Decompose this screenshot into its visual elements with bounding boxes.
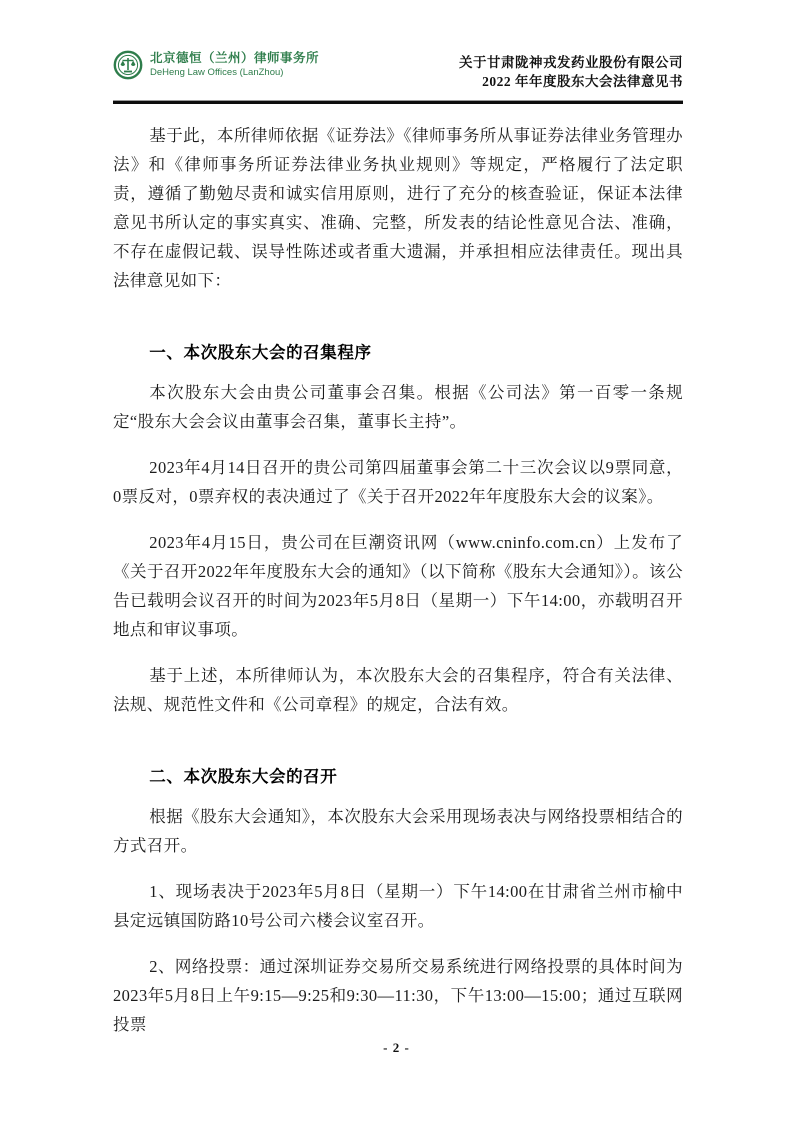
doc-title-line2: 2022 年年度股东大会法律意见书 bbox=[459, 72, 683, 91]
section2-paragraph-3: 2、网络投票：通过深圳证券交易所交易系统进行网络投票的具体时间为2023年5月8… bbox=[113, 952, 683, 1039]
section1-paragraph-4: 基于上述，本所律师认为，本次股东大会的召集程序，符合有关法律、法规、规范性文件和… bbox=[113, 661, 683, 719]
page-number: - 2 - bbox=[0, 1040, 793, 1056]
section1-paragraph-1: 本次股东大会由贵公司董事会召集。根据《公司法》第一百零一条规定“股东大会会议由董… bbox=[113, 378, 683, 436]
section2-paragraph-1: 根据《股东大会通知》，本次股东大会采用现场表决与网络投票相结合的方式召开。 bbox=[113, 802, 683, 860]
firm-name-block: 北京德恒（兰州）律师事务所 DeHeng Law Offices (LanZho… bbox=[150, 51, 319, 78]
intro-paragraph: 基于此，本所律师依据《证券法》《律师事务所从事证券法律业务管理办法》和《律师事务… bbox=[113, 121, 683, 295]
document-reference: 关于甘肃陇神戎发药业股份有限公司 2022 年年度股东大会法律意见书 bbox=[459, 50, 683, 91]
section1-paragraph-2: 2023年4月14日召开的贵公司第四届董事会第二十三次会议以9票同意，0票反对，… bbox=[113, 453, 683, 511]
firm-logo: 北京德恒（兰州）律师事务所 DeHeng Law Offices (LanZho… bbox=[113, 50, 319, 80]
document-body: 基于此，本所律师依据《证券法》《律师事务所从事证券法律业务管理办法》和《律师事务… bbox=[113, 121, 683, 1039]
document-page: 北京德恒（兰州）律师事务所 DeHeng Law Offices (LanZho… bbox=[0, 0, 793, 1122]
section1-paragraph-3: 2023年4月15日，贵公司在巨潮资讯网（www.cninfo.com.cn）上… bbox=[113, 528, 683, 644]
header-divider-thick-line bbox=[113, 101, 683, 104]
scales-emblem-icon bbox=[113, 50, 143, 80]
section2-heading: 二、本次股东大会的召开 bbox=[113, 765, 683, 789]
header-divider bbox=[113, 100, 683, 104]
section2-paragraph-2: 1、现场表决于2023年5月8日（星期一）下午14:00在甘肃省兰州市榆中县定远… bbox=[113, 877, 683, 935]
firm-name-en: DeHeng Law Offices (LanZhou) bbox=[150, 68, 319, 79]
firm-name-cn: 北京德恒（兰州）律师事务所 bbox=[150, 51, 319, 65]
doc-title-line1: 关于甘肃陇神戎发药业股份有限公司 bbox=[459, 53, 683, 72]
page-header: 北京德恒（兰州）律师事务所 DeHeng Law Offices (LanZho… bbox=[113, 50, 683, 91]
section1-heading: 一、本次股东大会的召集程序 bbox=[113, 341, 683, 365]
